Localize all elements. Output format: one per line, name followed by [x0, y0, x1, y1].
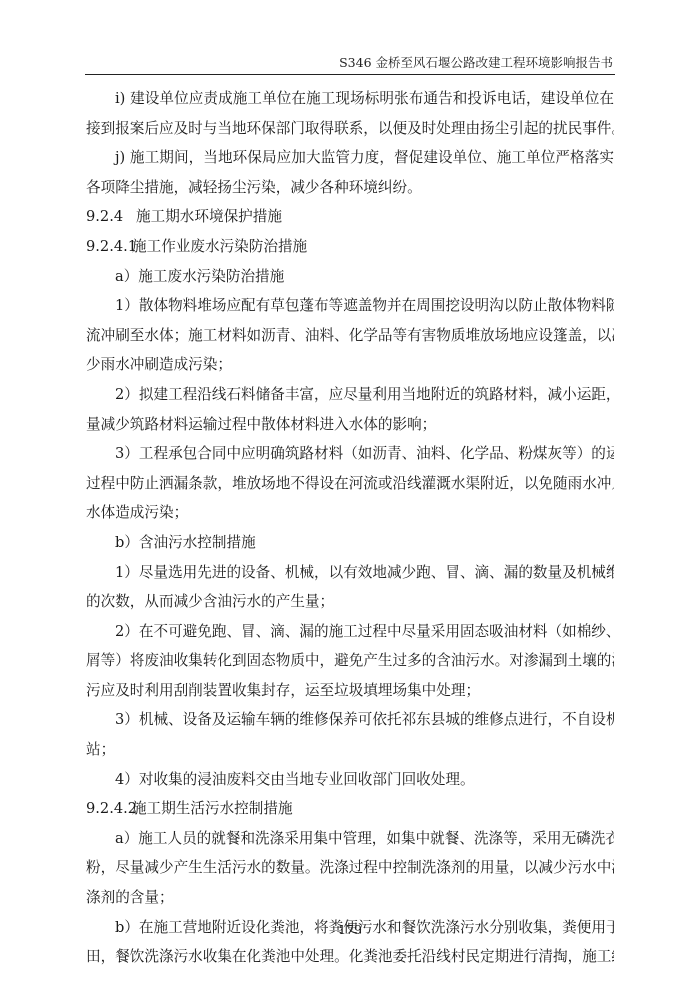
section-heading-9-2-4-1: 9.2.4.1施工作业废水污染防治措施: [86, 232, 614, 262]
text-line: 4）对收集的浸油废料交由当地专业回收部门回收处理。: [86, 765, 614, 795]
subheading-b: b）含油污水控制措施: [86, 528, 614, 558]
text-line: 田，餐饮洗涤污水收集在化粪池中处理。化粪池委托沿线村民定期进行清掏，施工结: [86, 942, 614, 972]
text-line: 接到报案后应及时与当地环保部门取得联系，以便及时处理由扬尘引起的扰民事件。: [86, 114, 614, 144]
text-line: 1）尽量选用先进的设备、机械，以有效地减少跑、冒、滴、漏的数量及机械维修: [86, 558, 614, 588]
section-number: 9.2.4: [86, 202, 136, 232]
text-line: 3）机械、设备及运输车辆的维修保养可依托祁东县城的维修点进行，不自设机修: [86, 705, 614, 735]
section-title: 施工作业废水污染防治措施: [132, 238, 307, 255]
text-line: 2）在不可避免跑、冒、滴、漏的施工过程中尽量采用固态吸油材料（如棉纱、木: [86, 617, 614, 647]
section-number: 9.2.4.1: [86, 232, 132, 262]
section-number: 9.2.4.2: [86, 794, 132, 824]
paragraph-item-b4: 4）对收集的浸油废料交由当地专业回收部门回收处理。: [86, 765, 614, 795]
paragraph-item-b1: 1）尽量选用先进的设备、机械，以有效地减少跑、冒、滴、漏的数量及机械维修 的次数…: [86, 558, 614, 617]
text-line: 过程中防止洒漏条款，堆放场地不得设在河流或沿线灌溉水渠附近，以免随雨水冲入: [86, 469, 614, 499]
paragraph-item-2: 2）拟建工程沿线石料储备丰富，应尽量利用当地附近的筑路材料，减小运距，尽 量减少…: [86, 380, 614, 439]
page-header: S346 金桥至风石堰公路改建工程环境影响报告书: [85, 52, 615, 75]
paragraph-item-b3: 3）机械、设备及运输车辆的维修保养可依托祁东县城的维修点进行，不自设机修 站；: [86, 705, 614, 764]
text-line: 污应及时利用刮削装置收集封存，运至垃圾填埋场集中处理；: [86, 676, 614, 706]
paragraph-item-living-a: a）施工人员的就餐和洗涤采用集中管理，如集中就餐、洗涤等，采用无磷洗衣 粉，尽量…: [86, 824, 614, 913]
page-number: 179: [0, 922, 700, 937]
paragraph-item-j: j) 施工期间，当地环保局应加大监管力度，督促建设单位、施工单位严格落实 各项降…: [86, 143, 614, 202]
text-line: 1）散体物料堆场应配有草包蓬布等遮盖物并在周围挖设明沟以防止散体物料随径: [86, 291, 614, 321]
subheading-a: a）施工废水污染防治措施: [86, 262, 614, 292]
text-line: 流冲刷至水体；施工材料如沥青、油料、化学品等有害物质堆放场地应设篷盖，以减: [86, 321, 614, 351]
section-heading-9-2-4: 9.2.4施工期水环境保护措施: [86, 202, 614, 232]
text-line: a）施工人员的就餐和洗涤采用集中管理，如集中就餐、洗涤等，采用无磷洗衣: [86, 824, 614, 854]
text-line: 站；: [86, 735, 614, 765]
text-line: 屑等）将废油收集转化到固态物质中，避免产生过多的含油污水。对渗漏到土壤的油: [86, 646, 614, 676]
paragraph-item-1: 1）散体物料堆场应配有草包蓬布等遮盖物并在周围挖设明沟以防止散体物料随径 流冲刷…: [86, 291, 614, 380]
section-heading-9-2-4-2: 9.2.4.2施工期生活污水控制措施: [86, 794, 614, 824]
section-title: 施工期生活污水控制措施: [132, 800, 293, 817]
page-body: i) 建设单位应责成施工单位在施工现场标明张布通告和投诉电话，建设单位在 接到报…: [86, 84, 614, 972]
text-line: 涤剂的含量；: [86, 883, 614, 913]
paragraph-item-3: 3）工程承包合同中应明确筑路材料（如沥青、油料、化学品、粉煤灰等）的运输 过程中…: [86, 439, 614, 528]
text-line: 的次数，从而减少含油污水的产生量；: [86, 587, 614, 617]
text-line: j) 施工期间，当地环保局应加大监管力度，督促建设单位、施工单位严格落实: [86, 143, 614, 173]
paragraph-item-i: i) 建设单位应责成施工单位在施工现场标明张布通告和投诉电话，建设单位在 接到报…: [86, 84, 614, 143]
paragraph-item-b2: 2）在不可避免跑、冒、滴、漏的施工过程中尽量采用固态吸油材料（如棉纱、木 屑等）…: [86, 617, 614, 706]
text-line: 量减少筑路材料运输过程中散体材料进入水体的影响；: [86, 410, 614, 440]
text-line: 各项降尘措施，减轻扬尘污染，减少各种环境纠纷。: [86, 173, 614, 203]
text-line: 3）工程承包合同中应明确筑路材料（如沥青、油料、化学品、粉煤灰等）的运输: [86, 439, 614, 469]
text-line: i) 建设单位应责成施工单位在施工现场标明张布通告和投诉电话，建设单位在: [86, 84, 614, 114]
text-line: 水体造成污染；: [86, 498, 614, 528]
document-title: S346 金桥至风石堰公路改建工程环境影响报告书: [339, 53, 613, 71]
text-line: 2）拟建工程沿线石料储备丰富，应尽量利用当地附近的筑路材料，减小运距，尽: [86, 380, 614, 410]
text-line: 少雨水冲刷造成污染；: [86, 350, 614, 380]
text-line: 粉，尽量减少产生生活污水的数量。洗涤过程中控制洗涤剂的用量，以减少污水中洗: [86, 853, 614, 883]
section-title: 施工期水环境保护措施: [136, 208, 282, 225]
